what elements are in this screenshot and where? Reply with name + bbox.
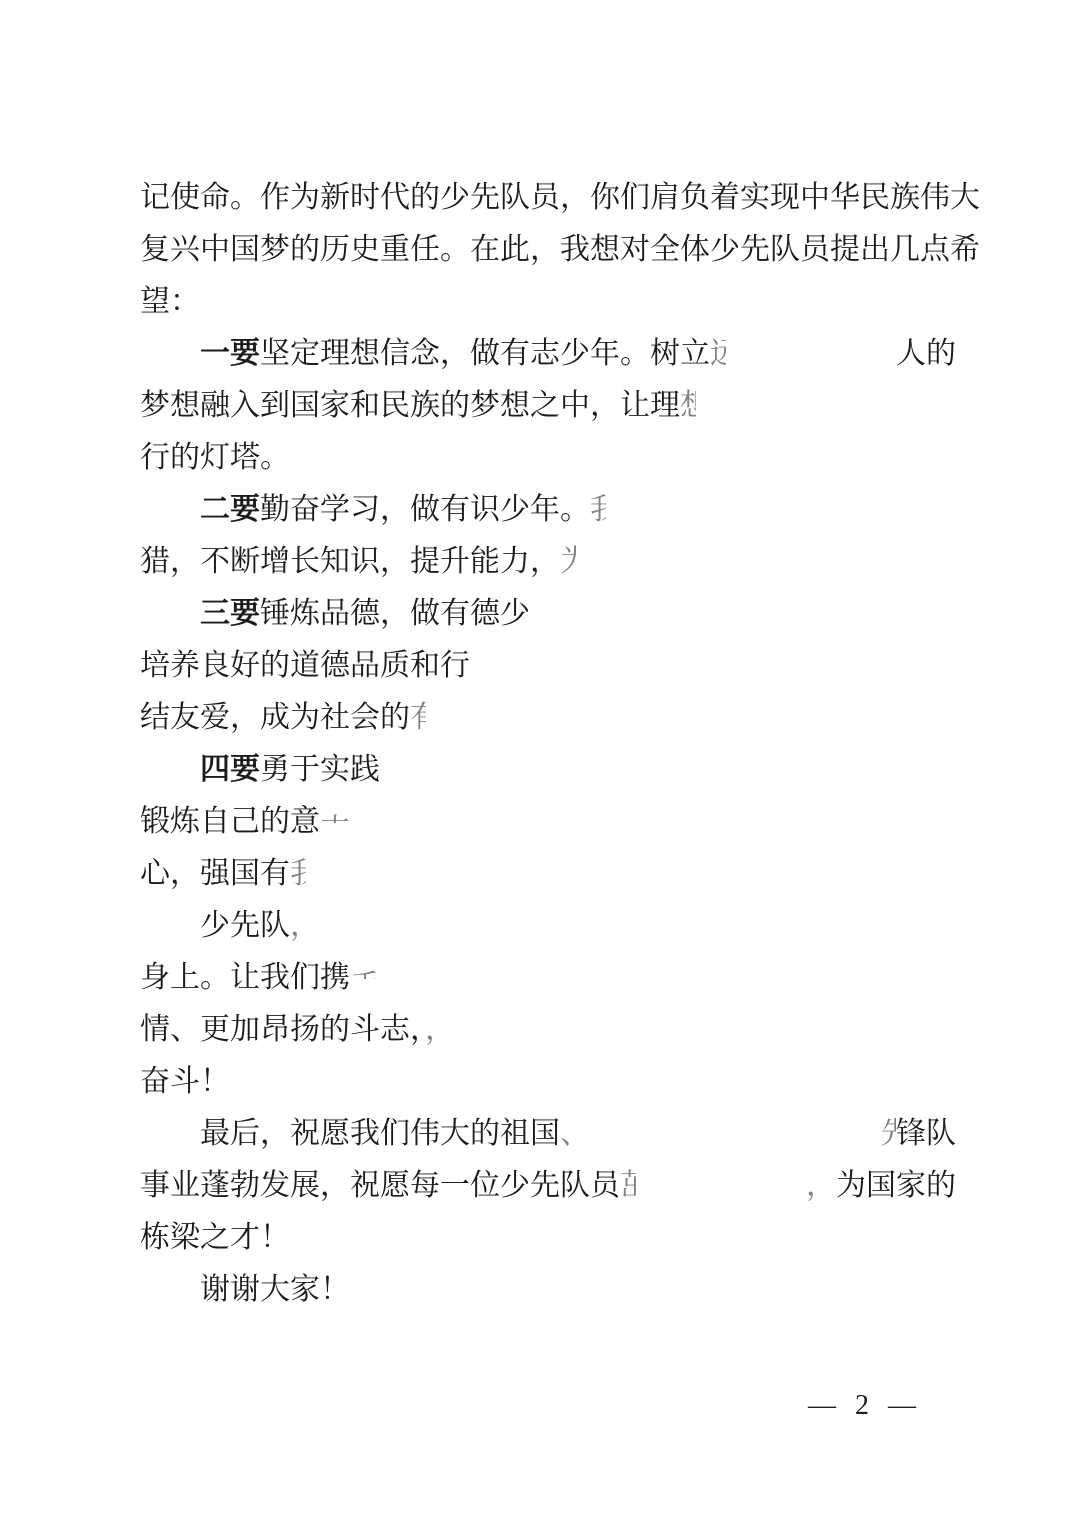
partial-character: 手 bbox=[350, 961, 380, 979]
line-left-text: 事业蓬勃发展，祝愿每一位少先队员茁 bbox=[140, 1160, 636, 1212]
text-segment: 坚定理想信念，做有志少年。树立 bbox=[260, 337, 710, 370]
line-left-text: 望： bbox=[140, 276, 200, 328]
line-right-text: ，为国家的 bbox=[806, 1160, 956, 1212]
partial-character: 、 bbox=[560, 1117, 590, 1150]
text-segment: 事业蓬勃发展，祝愿每一位少先队员 bbox=[140, 1169, 620, 1202]
text-line: 谢谢大家！ bbox=[140, 1264, 956, 1316]
text-segment: 人的 bbox=[896, 337, 956, 370]
text-segment: 最后，祝愿我们伟大的祖国 bbox=[200, 1117, 560, 1150]
text-line: 复兴中国梦的历史重任。在此，我想对全体少先队员提出几点希 bbox=[140, 224, 956, 276]
scan-gap bbox=[726, 328, 896, 380]
text-segment: 情、更加昂扬的斗志， bbox=[140, 1013, 425, 1046]
scan-gap bbox=[590, 1108, 880, 1160]
text-segment: 锤炼品德，做有德少 bbox=[260, 597, 530, 630]
text-segment: 记使命。作为新时代的少先队员，你们肩负着实现中华民族伟大 bbox=[140, 181, 980, 214]
partial-character: 志 bbox=[320, 805, 350, 823]
text-line: 梦想融入到国家和民族的梦想之中，让理想 bbox=[140, 380, 956, 432]
text-line: 少先队， bbox=[140, 900, 956, 952]
line-left-text: 少先队， bbox=[200, 900, 320, 952]
text-segment: 勇于实践 bbox=[260, 753, 380, 786]
text-line: 栋梁之才！ bbox=[140, 1212, 956, 1264]
document-page: 记使命。作为新时代的少先队员，你们肩负着实现中华民族伟大复兴中国梦的历史重任。在… bbox=[0, 0, 1080, 1527]
text-segment: 勤奋学习，做有识少年。 bbox=[260, 493, 590, 526]
text-segment: 锋队 bbox=[896, 1117, 956, 1150]
scan-gap bbox=[636, 1160, 806, 1212]
text-segment: 梦想融入到国家和民族的梦想之中，让理 bbox=[140, 389, 680, 422]
text-line: 培养良好的道德品质和行 bbox=[140, 640, 956, 692]
line-left-text: 锻炼自己的意志 bbox=[140, 796, 350, 848]
line-left-text: 培养良好的道德品质和行 bbox=[140, 640, 470, 692]
line-left-text: 猎，不断增长知识，提升能力，为 bbox=[140, 536, 576, 588]
text-line: 行的灯塔。 bbox=[140, 432, 956, 484]
line-left-text: 情、更加昂扬的斗志，， bbox=[140, 1004, 455, 1056]
text-line: 一要坚定理想信念，做有志少年。树立远人的 bbox=[140, 328, 956, 380]
text-segment: 少先队 bbox=[200, 909, 290, 942]
partial-character: 为 bbox=[560, 536, 576, 588]
line-left-text: 最后，祝愿我们伟大的祖国、 bbox=[200, 1108, 590, 1160]
text-segment: 奋斗！ bbox=[140, 1065, 230, 1098]
line-left-text: 心，强国有我 bbox=[140, 848, 306, 900]
text-line: 奋斗！ bbox=[140, 1056, 956, 1108]
text-segment: 为国家的 bbox=[836, 1169, 956, 1202]
line-left-text: 身上。让我们携手 bbox=[140, 952, 380, 1004]
page-number: — 2 — bbox=[808, 1390, 922, 1422]
partial-character: 先 bbox=[880, 1108, 896, 1160]
line-left-text: 奋斗！ bbox=[140, 1056, 230, 1108]
partial-character: 我 bbox=[290, 848, 306, 900]
line-left-text: 复兴中国梦的历史重任。在此，我想对全体少先队员提出几点希 bbox=[140, 233, 980, 266]
text-segment: 行的灯塔。 bbox=[140, 441, 290, 474]
text-segment: 锻炼自己的意 bbox=[140, 805, 320, 838]
line-left-text: 三要锤炼品德，做有德少 bbox=[200, 588, 530, 640]
text-line: 事业蓬勃发展，祝愿每一位少先队员茁，为国家的 bbox=[140, 1160, 956, 1212]
text-line: 猎，不断增长知识，提升能力，为 bbox=[140, 536, 956, 588]
emphasis-text: 三要 bbox=[200, 597, 260, 630]
text-line: 四要勇于实践 bbox=[140, 744, 956, 796]
text-line: 结友爱，成为社会的有 bbox=[140, 692, 956, 744]
line-right-text: 先锋队 bbox=[880, 1108, 956, 1160]
text-segment: 谢谢大家！ bbox=[200, 1273, 350, 1306]
line-left-text: 行的灯塔。 bbox=[140, 432, 290, 484]
line-left-text: 记使命。作为新时代的少先队员，你们肩负着实现中华民族伟大 bbox=[140, 181, 980, 214]
text-segment: 心，强国有 bbox=[140, 857, 290, 890]
text-segment: 栋梁之才！ bbox=[140, 1221, 290, 1254]
text-line: 二要勤奋学习，做有识少年。我 bbox=[140, 484, 956, 536]
text-line: 最后，祝愿我们伟大的祖国、先锋队 bbox=[140, 1108, 956, 1160]
partial-character: 有 bbox=[410, 692, 426, 744]
partial-character: ， bbox=[425, 1013, 455, 1046]
line-left-text: 四要勇于实践 bbox=[200, 744, 380, 796]
partial-character: ， bbox=[290, 909, 320, 942]
text-line: 情、更加昂扬的斗志，， bbox=[140, 1004, 956, 1056]
text-line: 身上。让我们携手 bbox=[140, 952, 956, 1004]
text-segment: 复兴中国梦的历史重任。在此，我想对全体少先队员提出几点希 bbox=[140, 233, 980, 266]
partial-character: 远 bbox=[710, 328, 726, 380]
text-line: 望： bbox=[140, 276, 956, 328]
partial-character: ， bbox=[806, 1169, 836, 1202]
emphasis-text: 四要 bbox=[200, 753, 260, 786]
text-line: 三要锤炼品德，做有德少 bbox=[140, 588, 956, 640]
line-left-text: 结友爱，成为社会的有 bbox=[140, 692, 426, 744]
partial-character: 我 bbox=[590, 484, 606, 536]
emphasis-text: 一要 bbox=[200, 337, 260, 370]
line-left-text: 二要勤奋学习，做有识少年。我 bbox=[200, 484, 606, 536]
line-right-text: 人的 bbox=[896, 328, 956, 380]
line-left-text: 栋梁之才！ bbox=[140, 1212, 290, 1264]
partial-character: 想 bbox=[680, 380, 696, 432]
text-segment: 望： bbox=[140, 285, 200, 318]
document-text: 记使命。作为新时代的少先队员，你们肩负着实现中华民族伟大复兴中国梦的历史重任。在… bbox=[140, 172, 956, 1316]
emphasis-text: 二要 bbox=[200, 493, 260, 526]
text-segment: 猎，不断增长知识，提升能力， bbox=[140, 545, 560, 578]
line-left-text: 梦想融入到国家和民族的梦想之中，让理想 bbox=[140, 380, 696, 432]
text-line: 记使命。作为新时代的少先队员，你们肩负着实现中华民族伟大 bbox=[140, 172, 956, 224]
text-line: 心，强国有我 bbox=[140, 848, 956, 900]
text-line: 锻炼自己的意志 bbox=[140, 796, 956, 848]
line-left-text: 谢谢大家！ bbox=[200, 1264, 350, 1316]
text-segment: 结友爱，成为社会的 bbox=[140, 701, 410, 734]
partial-character: 茁 bbox=[620, 1160, 636, 1212]
text-segment: 培养良好的道德品质和行 bbox=[140, 649, 470, 682]
text-segment: 身上。让我们携 bbox=[140, 961, 350, 994]
line-left-text: 一要坚定理想信念，做有志少年。树立远 bbox=[200, 328, 726, 380]
